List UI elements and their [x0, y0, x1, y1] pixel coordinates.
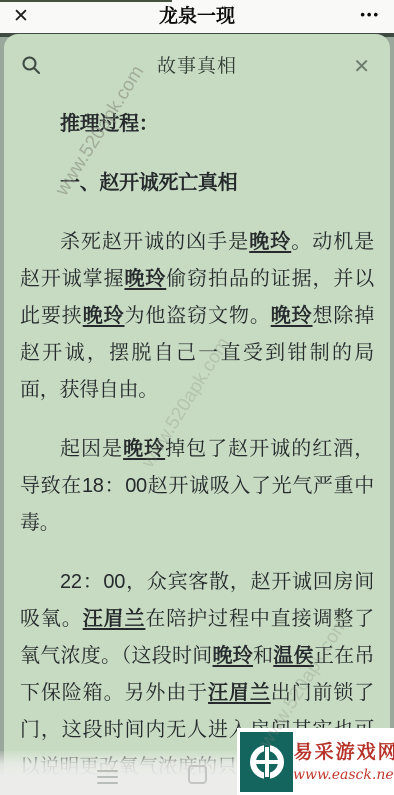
content-blocks: 推理过程：一、赵开诚死亡真相杀死赵开诚的凶手是晚玲。动机是赵开诚掌握晚玲偷窃拍品… — [4, 98, 390, 786]
character-name: 晚玲 — [123, 438, 165, 460]
sheet-close-icon[interactable]: ✕ — [353, 34, 370, 98]
character-name: 晚玲 — [271, 305, 313, 327]
paragraph: 起因是晚玲掉包了赵开诚的红酒，导致在18：00赵开诚吸入了光气严重中毒。 — [20, 431, 374, 542]
story-truth-sheet: 故事真相 ✕ 推理过程：一、赵开诚死亡真相杀死赵开诚的凶手是晚玲。动机是赵开诚掌… — [4, 34, 390, 795]
app-title: 龙泉一现 — [0, 0, 394, 33]
android-home-icon[interactable] — [188, 765, 207, 784]
paragraph: 杀死赵开诚的凶手是晚玲。动机是赵开诚掌握晚玲偷窃拍品的证据，并以此要挟晚玲为他盗… — [20, 224, 374, 409]
more-menu-icon[interactable]: ••• — [360, 0, 380, 33]
status-bar-remnant — [0, 0, 172, 2]
character-name: 晚玲 — [249, 231, 291, 253]
section-heading: 一、赵开诚死亡真相 — [20, 165, 374, 202]
easck-logo: 易采游戏网 www.easck.net — [237, 728, 394, 795]
character-name: 汪眉兰 — [83, 608, 146, 630]
easck-site-url: www.easck.net — [293, 768, 394, 782]
sheet-title: 故事真相 — [4, 34, 390, 98]
character-name: 温侯 — [273, 645, 314, 667]
easck-emblem-icon — [240, 732, 293, 792]
character-name: 晚玲 — [124, 268, 166, 290]
android-menu-icon[interactable] — [97, 770, 118, 788]
easck-logo-text: 易采游戏网 www.easck.net — [293, 741, 394, 782]
character-name: 晚玲 — [213, 645, 254, 667]
character-name: 汪眉兰 — [208, 682, 271, 704]
sheet-header: 故事真相 ✕ — [4, 34, 390, 98]
section-heading: 推理过程： — [20, 106, 374, 143]
easck-site-name: 易采游戏网 — [293, 743, 394, 762]
app-navbar: ✕ 龙泉一现 ••• — [0, 0, 394, 33]
character-name: 晚玲 — [83, 305, 125, 327]
